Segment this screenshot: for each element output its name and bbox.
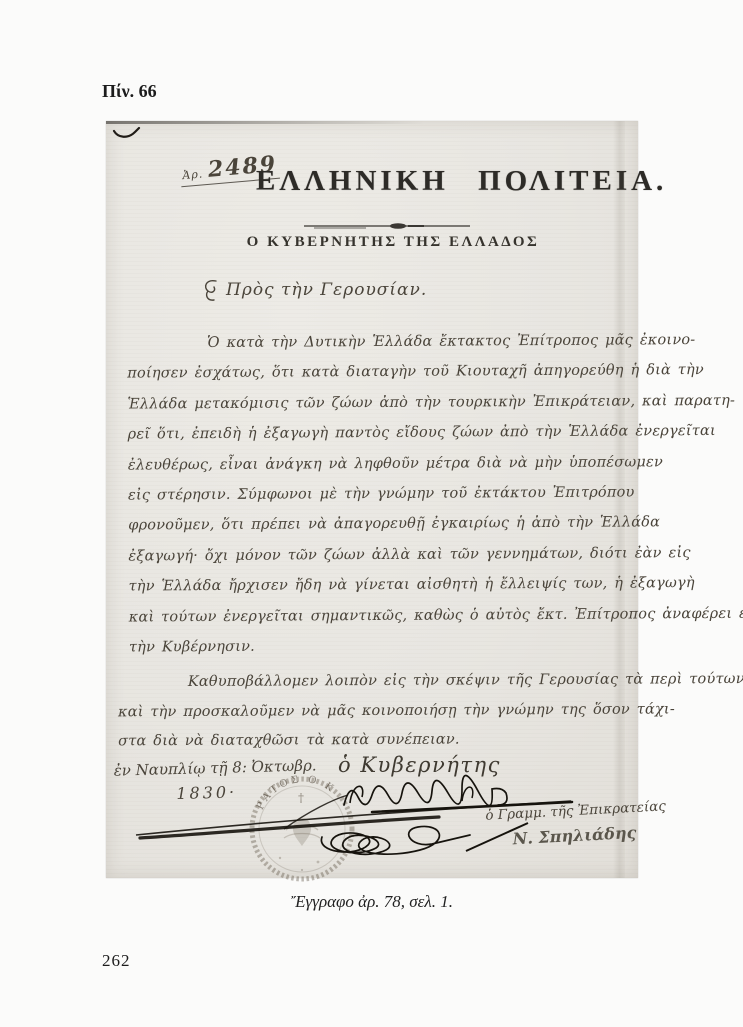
salutation: Πρὸς τὴν Γερουσίαν. [226,280,427,300]
page-number: 262 [102,951,131,971]
secretary-signature: Ν. Σπηλιάδης [512,821,667,848]
handwritten-line: στα διὰ νὰ διαταχθῶσι τὰ κατὰ συνέπειαν. [118,725,626,757]
handwritten-line: ἐλευθέρως, εἶναι ἀνάγκη νὰ ληφθοῦν μέτρα… [128,447,630,480]
salutation-row: Πρὸς τὴν Γερουσίαν. [202,277,427,303]
document-scan: Ἀρ. 2489 ΕΛΛΗΝΙΚΗ ΠΟΛΙΤΕΙΑ. Ο ΚΥΒΕΡΝΗΤΗΣ… [106,121,638,878]
secretary-block: ὁ Γραμμ. τῆς Ἐπικρατείας Ν. Σπηλιάδης [485,798,668,849]
body-paragraph-1: Ὁ κατὰ τὴν Δυτικὴν Ἑλλάδα ἔκτακτος Ἐπίτρ… [127,325,631,663]
ornament-divider [304,221,476,231]
salutation-flourish-icon [202,277,220,303]
protocol-prefix: Ἀρ. [182,167,204,182]
figure-caption: Ἔγγραφο ἀρ. 78, σελ. 1. [106,892,638,912]
handwritten-line: εἰς στέρησιν. Σύμφωνοι μὲ τὴν γνώμην τοῦ… [128,477,630,510]
handwritten-line: ἐξαγωγή· ὄχι μόνον τῶν ζώων ἀλλὰ καὶ τῶν… [128,538,630,571]
handwritten-line: Καθυποβάλλομεν λοιπὸν εἰς τὴν σκέψιν τῆς… [118,666,626,698]
plate-label: Πίν. 66 [102,81,157,102]
handwritten-line: ρεῖ ὅτι, ἐπειδὴ ἡ ἐξαγωγὴ παντὸς εἴδους … [128,417,630,450]
issuer-line: Ο ΚΥΒΕΡΝΗΤΗΣ ΤΗΣ ΕΛΛΑΔΟΣ [198,234,588,251]
handwritten-line: ποίησεν ἐσχάτως, ὅτι κατὰ διαταγὴν τοῦ Κ… [127,356,629,389]
masthead-title: ΕΛΛΗΝΙΚΗ ΠΟΛΙΤΕΙΑ. [256,165,667,198]
handwritten-line: τὴν Κυβέρνησιν. [129,630,631,663]
handwritten-line: Ἑλλάδα μετακόμισις τῶν ζώων ἀπὸ τὴν τουρ… [127,386,629,419]
pen-checkmark-icon [112,125,142,141]
handwritten-line: φρονοῦμεν, ὅτι πρέπει νὰ ἀπαγορευθῇ ἐγκα… [128,508,630,541]
handwritten-line: καὶ τούτων ἐνεργεῖται σημαντικῶς, καθὼς … [129,599,631,632]
handwritten-line: τὴν Ἑλλάδα ἤρχισεν ἤδη νὰ γίνεται αἰσθητ… [128,569,630,602]
handwritten-line: καὶ τὴν προσκαλοῦμεν νὰ μᾶς κοινοποιήσῃ … [118,695,626,727]
body-paragraph-2: Καθυποβάλλομεν λοιπὸν εἰς τὴν σκέψιν τῆς… [118,666,626,757]
handwritten-line: Ὁ κατὰ τὴν Δυτικὴν Ἑλλάδα ἔκτακτος Ἐπίτρ… [127,325,629,358]
